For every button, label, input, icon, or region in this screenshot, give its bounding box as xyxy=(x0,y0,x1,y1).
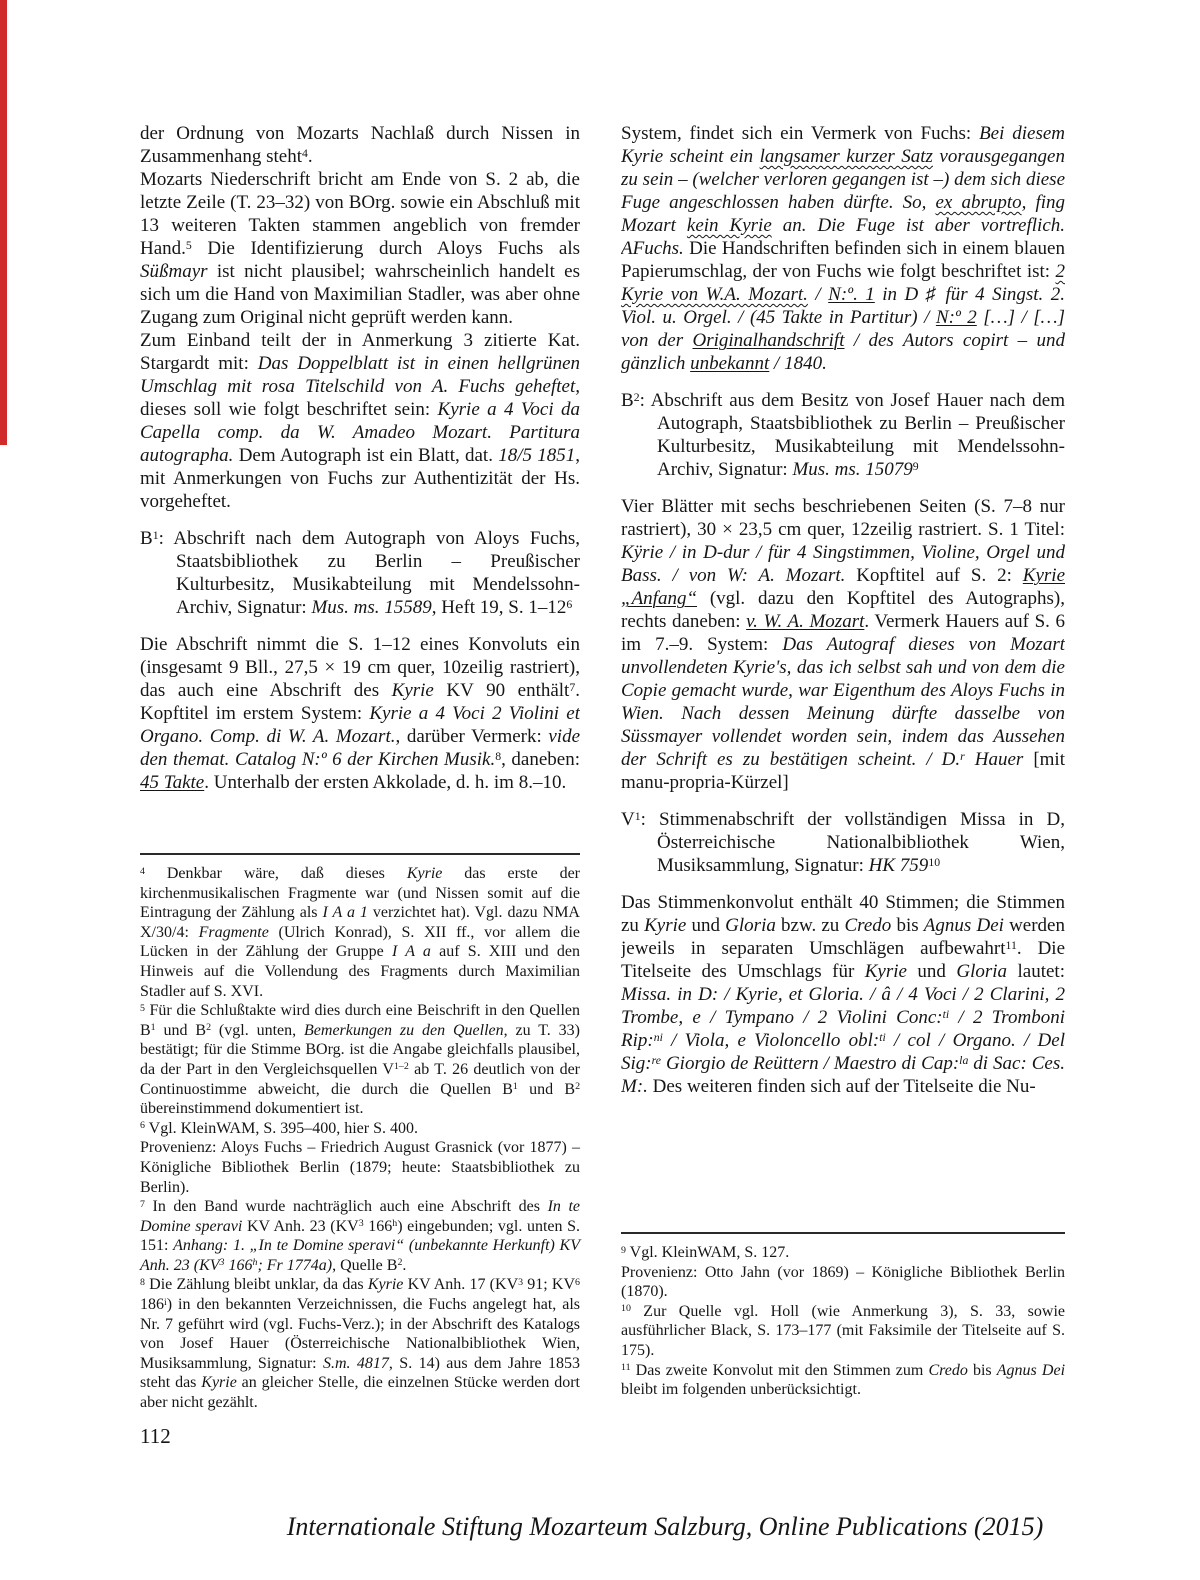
text-run: : xyxy=(641,809,646,830)
text-run: Giorgio de Reüttern / Maestro di Cap: xyxy=(661,1053,959,1074)
footnote: 10 Zur Quelle vgl. Holl (wie Anmerkung 3… xyxy=(621,1302,1065,1361)
text-run: Die Handschriften befinden sich in einem… xyxy=(621,238,1065,282)
superscript-marker: 6 xyxy=(140,1120,145,1131)
text-run: ex abrupto xyxy=(936,192,1022,213)
text-run: / 1840. xyxy=(769,353,827,374)
text-run: Provenienz: Aloys Fuchs – Friedrich Augu… xyxy=(140,1139,580,1195)
text-run: Dem Autograph ist ein Blatt, dat. xyxy=(233,445,498,466)
text-run: HK 759 xyxy=(869,855,929,876)
text-run: Hauer xyxy=(965,749,1024,770)
superscript-marker: 9 xyxy=(913,460,919,473)
superscript-marker: 1 xyxy=(151,1022,156,1033)
text-run: Mus. ms. 15589 xyxy=(311,597,431,618)
text-run: . xyxy=(402,1257,406,1274)
text-run: bis xyxy=(891,915,924,936)
text-run: Kyrie xyxy=(407,865,443,882)
text-run: , Heft 19, S. 1–12 xyxy=(432,597,567,618)
superscript-marker: 11 xyxy=(1006,939,1017,952)
text-run: Vgl. KleinWAM, S. 395–400, hier S. 400. xyxy=(145,1120,418,1137)
text-run: bleibt im folgenden unberücksichtigt. xyxy=(621,1381,861,1398)
footnote: 8 Die Zählung bleibt unklar, da das Kyri… xyxy=(140,1275,580,1412)
paragraph: Vier Blätter mit sechs beschriebenen Sei… xyxy=(621,495,1065,794)
text-run: , daneben: xyxy=(501,749,580,770)
superscript-marker: 5 xyxy=(186,239,192,252)
footnote: 9 Vgl. KleinWAM, S. 127. xyxy=(621,1243,1065,1263)
text-run: Zur Quelle vgl. Holl (wie Anmerkung 3), … xyxy=(621,1303,1065,1359)
footnote: 4 Denkbar wäre, daß dieses Kyrie das ers… xyxy=(140,864,580,1001)
text-run: Kyrie xyxy=(201,1374,237,1391)
text-run: Agnus Dei xyxy=(924,915,1004,936)
text-run: Credo xyxy=(844,915,891,936)
right-footnotes: 9 Vgl. KleinWAM, S. 127.Provenienz: Otto… xyxy=(621,1232,1065,1400)
text-run: N:º 2 xyxy=(936,307,977,328)
paragraph: Zum Einband teilt der in Anmerkung 3 zit… xyxy=(140,329,580,513)
superscript-marker: re xyxy=(652,1054,661,1067)
footnote: Provenienz: Otto Jahn (vor 1869) – König… xyxy=(621,1263,1065,1302)
footnote: 6 Vgl. KleinWAM, S. 395–400, hier S. 400… xyxy=(140,1119,580,1139)
superscript-marker: 4 xyxy=(140,866,145,877)
superscript-marker: 3 xyxy=(518,1277,523,1288)
source-entry: B1: Abschrift nach dem Autograph von Alo… xyxy=(140,527,580,619)
text-run: bis xyxy=(968,1362,997,1379)
footnote: Provenienz: Aloys Fuchs – Friedrich Augu… xyxy=(140,1138,580,1197)
text-run: Kyrie xyxy=(368,1276,404,1293)
superscript-marker: 5 xyxy=(140,1003,145,1014)
text-run: Des weiteren finden sich auf der Titelse… xyxy=(648,1076,1036,1097)
superscript-marker: 10 xyxy=(621,1303,631,1314)
text-run: : xyxy=(159,528,164,549)
text-run: . xyxy=(308,146,313,167)
text-run: und B xyxy=(156,1022,206,1039)
text-run: I A a 1 xyxy=(323,904,368,921)
text-run: Provenienz: Otto Jahn (vor 1869) – König… xyxy=(621,1264,1065,1301)
text-run: : xyxy=(640,390,645,411)
superscript-marker: 2 xyxy=(575,1081,580,1092)
right-footnote-list: 9 Vgl. KleinWAM, S. 127.Provenienz: Otto… xyxy=(621,1243,1065,1400)
text-run: ; Fr 1774a) xyxy=(257,1257,332,1274)
superscript-marker: 1 xyxy=(635,810,641,823)
text-run: , Quelle B xyxy=(332,1257,397,1274)
document-page: der Ordnung von Mozarts Nachlaß durch Ni… xyxy=(0,0,1200,1580)
text-run: Bemerkungen zu den Quellen xyxy=(304,1022,504,1039)
left-footnote-list: 4 Denkbar wäre, daß dieses Kyrie das ers… xyxy=(140,864,580,1413)
text-run: bzw. zu xyxy=(776,915,845,936)
text-run: Kyrie xyxy=(644,915,686,936)
superscript-marker: 4 xyxy=(302,147,308,160)
superscript-marker: 11 xyxy=(621,1362,631,1373)
paragraph: Das Stimmenkonvolut enthält 40 Stimmen; … xyxy=(621,891,1065,1098)
text-run: Vgl. KleinWAM, S. 127. xyxy=(626,1244,789,1261)
superscript-marker: ti xyxy=(943,1008,950,1021)
text-run: und xyxy=(686,915,725,936)
footnote-separator xyxy=(621,1232,1065,1234)
left-main-text: der Ordnung von Mozarts Nachlaß durch Ni… xyxy=(140,122,580,794)
text-run: 45 Takte xyxy=(140,772,204,793)
text-run: / xyxy=(808,284,828,305)
superscript-marker: 8 xyxy=(495,750,501,763)
superscript-marker: 3 xyxy=(359,1218,364,1229)
paragraph: System, findet sich ein Vermerk von Fuch… xyxy=(621,122,1065,375)
text-run: 166 xyxy=(225,1257,253,1274)
superscript-marker: 9 xyxy=(621,1245,626,1256)
right-column: System, findet sich ein Vermerk von Fuch… xyxy=(621,122,1065,1098)
right-main-text: System, findet sich ein Vermerk von Fuch… xyxy=(621,122,1065,1098)
left-footnotes: 4 Denkbar wäre, daß dieses Kyrie das ers… xyxy=(140,853,580,1413)
superscript-marker: 1–2 xyxy=(394,1061,409,1072)
text-run: 166 xyxy=(364,1218,393,1235)
text-run: 18/5 1851 xyxy=(498,445,575,466)
publication-footer: Internationale Stiftung Mozarteum Salzbu… xyxy=(140,1512,1190,1542)
text-run: Gloria xyxy=(725,915,776,936)
text-run: N:º. 1 xyxy=(828,284,875,305)
text-run: Credo xyxy=(928,1362,967,1379)
text-run: Kyrie xyxy=(392,680,434,701)
text-run: Vier Blätter mit sechs beschriebenen Sei… xyxy=(621,496,1065,540)
text-run: V xyxy=(621,809,635,830)
superscript-marker: ni xyxy=(654,1031,663,1044)
text-run: (vgl. unten, xyxy=(211,1022,304,1039)
superscript-marker: 8 xyxy=(140,1277,145,1288)
superscript-marker: i xyxy=(164,1297,167,1308)
text-run: KV Anh. 17 (KV xyxy=(403,1276,518,1293)
text-run: Agnus Dei xyxy=(997,1362,1065,1379)
text-run: Kopftitel auf S. 2: xyxy=(845,565,1022,586)
text-run: KV 90 enthält xyxy=(434,680,569,701)
text-run: Originalhandschrift xyxy=(692,330,844,351)
footnote: 5 Für die Schlußtakte wird dies durch ei… xyxy=(140,1001,580,1119)
footnote-separator xyxy=(140,853,580,855)
paragraph: der Ordnung von Mozarts Nachlaß durch Ni… xyxy=(140,122,580,168)
footnote: 11 Das zweite Konvolut mit den Stimmen z… xyxy=(621,1361,1065,1400)
text-run: langsamer kurzer Satz xyxy=(760,146,933,167)
superscript-marker: 10 xyxy=(928,856,940,869)
text-run: dieses soll wie folgt beschriftet sein: xyxy=(140,399,438,420)
superscript-marker: 7 xyxy=(569,681,575,694)
text-run: / Viola, e Violoncello obl: xyxy=(663,1030,879,1051)
left-column: der Ordnung von Mozarts Nachlaß durch Ni… xyxy=(140,122,580,794)
text-run: B xyxy=(140,528,153,549)
text-run: 91; KV xyxy=(523,1276,575,1293)
text-run: KV Anh. 23 (KV xyxy=(242,1218,358,1235)
text-run: Süßmayr xyxy=(140,261,208,282)
text-run: Stimmenabschrift der vollständigen Missa… xyxy=(657,809,1065,876)
superscript-marker: 6 xyxy=(566,598,572,611)
text-run: und xyxy=(907,961,956,982)
text-run: Denkbar wäre, daß dieses xyxy=(145,865,407,882)
superscript-marker: 2 xyxy=(206,1022,211,1033)
text-run: Fragmente xyxy=(199,924,269,941)
text-run: . Unterhalb der ersten Akkolade, d. h. i… xyxy=(204,772,566,793)
text-run: Gloria xyxy=(956,961,1007,982)
paragraph: Die Abschrift nimmt die S. 1–12 eines Ko… xyxy=(140,633,580,794)
superscript-marker: 1 xyxy=(513,1081,518,1092)
superscript-marker: 1 xyxy=(153,529,159,542)
text-run: I A a xyxy=(392,943,431,960)
superscript-marker: r xyxy=(960,750,965,763)
text-run: übereinstimmend dokumentiert ist. xyxy=(140,1100,364,1117)
source-entry: B2: Abschrift aus dem Besitz von Josef H… xyxy=(621,389,1065,481)
text-run: der Ordnung von Mozarts Nachlaß durch Ni… xyxy=(140,123,580,167)
text-run: 186 xyxy=(140,1296,164,1313)
text-run: System, findet sich ein Vermerk von Fuch… xyxy=(621,123,979,144)
text-run: v. W. A. Mozart xyxy=(746,611,864,632)
text-run: und B xyxy=(518,1081,575,1098)
footnote: 7 In den Band wurde nachträglich auch ei… xyxy=(140,1197,580,1275)
paragraph: Mozarts Niederschrift bricht am Ende von… xyxy=(140,168,580,329)
superscript-marker: 2 xyxy=(397,1257,402,1268)
superscript-marker: h xyxy=(253,1257,258,1268)
text-run: Kyrie xyxy=(865,961,907,982)
superscript-marker: 2 xyxy=(634,391,640,404)
text-run: S.m. 4817 xyxy=(323,1355,389,1372)
superscript-marker: 7 xyxy=(140,1199,145,1210)
red-accent-bar xyxy=(0,0,7,445)
text-run: Die Identifizierung durch Aloys Fuchs al… xyxy=(192,238,580,259)
text-run: B xyxy=(621,390,634,411)
text-run: In den Band wurde nachträglich auch eine… xyxy=(145,1198,548,1215)
superscript-marker: ti xyxy=(879,1031,886,1044)
superscript-marker: la xyxy=(959,1054,968,1067)
page-number: 112 xyxy=(140,1424,171,1449)
text-run: lautet: xyxy=(1007,961,1065,982)
text-run: unbekannt xyxy=(690,353,769,374)
text-run: Mus. ms. 15079 xyxy=(792,459,912,480)
text-run: kein Kyrie xyxy=(687,215,772,236)
text-run: Das zweite Konvolut mit den Stimmen zum xyxy=(631,1362,929,1379)
superscript-marker: h xyxy=(392,1218,397,1229)
text-run: , darüber Vermerk: xyxy=(395,726,548,747)
superscript-marker: 3 xyxy=(220,1257,225,1268)
superscript-marker: 6 xyxy=(575,1277,580,1288)
source-entry: V1: Stimmenabschrift der vollständigen M… xyxy=(621,808,1065,877)
text-run: Die Zählung bleibt unklar, da das xyxy=(145,1276,368,1293)
